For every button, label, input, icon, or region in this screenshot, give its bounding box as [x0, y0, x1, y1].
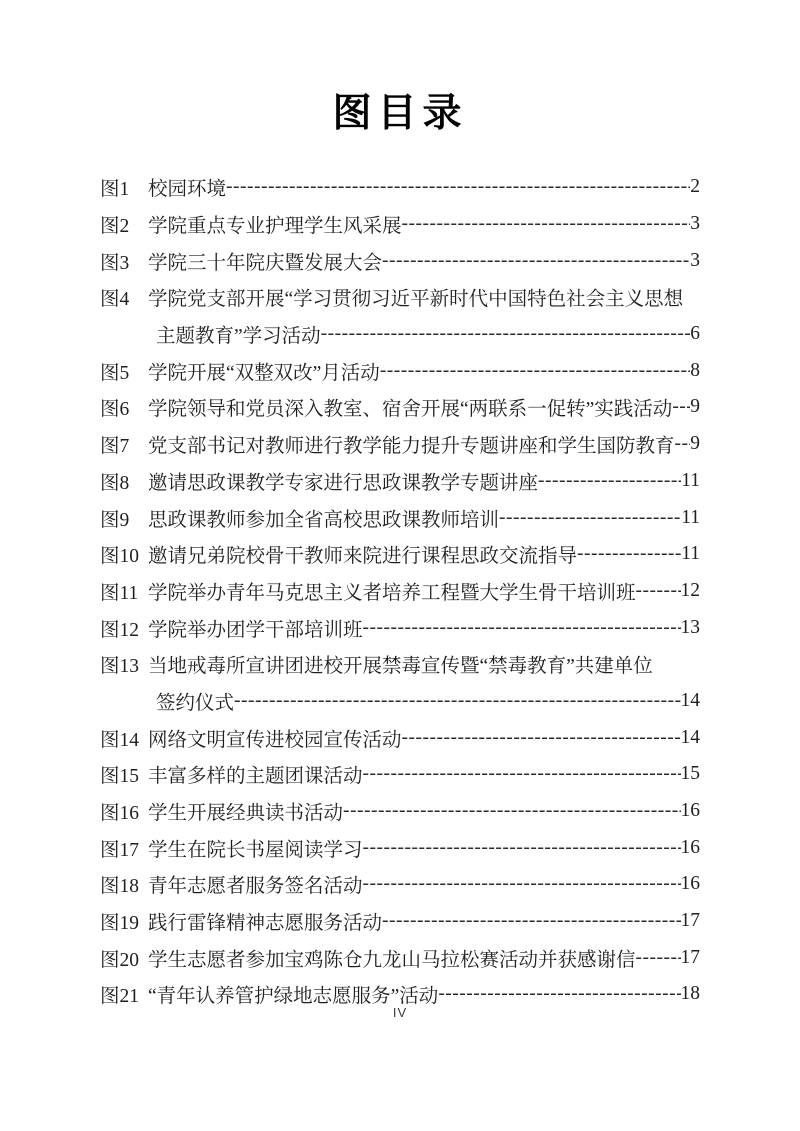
figure-title-text: 主题教育”学习活动: [156, 320, 321, 348]
page-number: 2: [690, 176, 700, 198]
toc-entry: 图9思政课教师参加全省高校思政课教师培训--------------------…: [100, 499, 700, 536]
toc-entry-line: 图3学院三十年院庆暨发展大会--------------------------…: [100, 242, 700, 279]
figure-number-label: 图20: [100, 944, 148, 972]
dash-leader: ----------------------------------------…: [438, 983, 680, 1005]
figure-number-label: 图8: [100, 467, 148, 495]
dash-leader: ----------------------------------------…: [380, 360, 690, 382]
toc-entry-line: 图13当地戒毒所宣讲团进校开展禁毒宣传暨“禁毒教育”共建单位: [100, 646, 700, 683]
page-number: 17: [681, 910, 701, 932]
page-number: 9: [690, 433, 700, 455]
figure-title-text: 学院党支部开展“学习贯彻习近平新时代中国特色社会主义思想: [148, 283, 683, 311]
figure-title-text: 学院领导和党员深入教室、宿舍开展“两联系一促转”实践活动: [148, 393, 672, 421]
toc-entry-line: 图8邀请思政课教学专家进行思政课教学专题讲座------------------…: [100, 463, 700, 500]
toc-entry-line: 图1校园环境----------------------------------…: [100, 169, 700, 206]
figure-title-text: 学院三十年院庆暨发展大会: [148, 247, 382, 275]
page-number: 15: [681, 763, 701, 785]
toc-entry: 图15丰富多样的主题团课活动--------------------------…: [100, 756, 700, 793]
figure-number-label: 图1: [100, 173, 148, 201]
figure-title-text: 践行雷锋精神志愿服务活动: [148, 907, 382, 935]
dash-leader: ----------------------------------------…: [577, 543, 681, 565]
figure-title-text: 学院重点专业护理学生风采展: [148, 210, 402, 238]
toc-entry-line: 图6学院领导和党员深入教室、宿舍开展“两联系一促转”实践活动----------…: [100, 389, 700, 426]
figure-title-text: 当地戒毒所宣讲团进校开展禁毒宣传暨“禁毒教育”共建单位: [148, 650, 653, 678]
page-number: 3: [690, 250, 700, 272]
page-number: 17: [681, 947, 701, 969]
dash-leader: ----------------------------------------…: [402, 213, 691, 235]
toc-entry-line: 图7党支部书记对教师进行教学能力提升专题讲座和学生国防教育-----------…: [100, 426, 700, 463]
toc-entry: 图1校园环境----------------------------------…: [100, 169, 700, 206]
toc-entry: 图2学院重点专业护理学生风采展-------------------------…: [100, 206, 700, 243]
dash-leader: ----------------------------------------…: [382, 910, 680, 932]
toc-entry: 图18青年志愿者服务签名活动--------------------------…: [100, 866, 700, 903]
footer-page-number: IV: [0, 1005, 800, 1020]
figure-number-label: 图15: [100, 760, 148, 788]
page-number: 11: [681, 470, 700, 492]
toc-entry: 图12学院举办团学干部培训班--------------------------…: [100, 609, 700, 646]
toc-entry-line: 图11学院举办青年马克思主义者培养工程暨大学生骨干培训班------------…: [100, 573, 700, 610]
figure-title-text: 学生在院长书屋阅读学习: [148, 834, 363, 862]
figure-title-text: 丰富多样的主题团课活动: [148, 760, 363, 788]
figure-title-text: 党支部书记对教师进行教学能力提升专题讲座和学生国防教育: [148, 430, 675, 458]
toc-entry: 图16学生开展经典读书活动---------------------------…: [100, 793, 700, 830]
page-number: 16: [681, 873, 701, 895]
figure-title-text: 校园环境: [148, 173, 226, 201]
toc-entry-line: 签约仪式------------------------------------…: [100, 683, 700, 720]
toc-entry: 图6学院领导和党员深入教室、宿舍开展“两联系一促转”实践活动----------…: [100, 389, 700, 426]
figure-number-label: 图3: [100, 247, 148, 275]
document-page: 图目录 图1校园环境------------------------------…: [0, 0, 800, 1131]
page-number: 9: [690, 396, 700, 418]
page-number: 14: [681, 727, 701, 749]
figure-number-label: 图7: [100, 430, 148, 458]
toc-entry: 图10邀请兄弟院校骨干教师来院进行课程思政交流指导---------------…: [100, 536, 700, 573]
toc-entry-line: 图19践行雷锋精神志愿服务活动-------------------------…: [100, 903, 700, 940]
toc-entry-line: 图10邀请兄弟院校骨干教师来院进行课程思政交流指导---------------…: [100, 536, 700, 573]
figure-title-text: 签约仪式: [156, 687, 234, 715]
toc-entry: 图13当地戒毒所宣讲团进校开展禁毒宣传暨“禁毒教育”共建单位签约仪式------…: [100, 646, 700, 719]
dash-leader: ----------------------------------------…: [226, 176, 690, 198]
toc-entry-line: 图18青年志愿者服务签名活动--------------------------…: [100, 866, 700, 903]
dash-leader: ----------------------------------------…: [636, 580, 681, 602]
toc-entry-line: 图14网络文明宣传进校园宣传活动------------------------…: [100, 719, 700, 756]
toc-entry: 图3学院三十年院庆暨发展大会--------------------------…: [100, 242, 700, 279]
figure-title-text: 学生志愿者参加宝鸡陈仓九龙山马拉松赛活动并获感谢信: [148, 944, 636, 972]
figure-number-label: 图9: [100, 504, 148, 532]
dash-leader: ----------------------------------------…: [382, 250, 690, 272]
figure-title-text: 青年志愿者服务签名活动: [148, 870, 363, 898]
toc-entry: 图19践行雷锋精神志愿服务活动-------------------------…: [100, 903, 700, 940]
toc-entry: 图4学院党支部开展“学习贯彻习近平新时代中国特色社会主义思想主题教育”学习活动-…: [100, 279, 700, 352]
figure-number-label: 图11: [100, 577, 148, 605]
dash-leader: ----------------------------------------…: [363, 763, 681, 785]
page-number: 6: [690, 323, 700, 345]
dash-leader: ----------------------------------------…: [499, 507, 681, 529]
dash-leader: ----------------------------------------…: [343, 800, 680, 822]
figure-title-text: 思政课教师参加全省高校思政课教师培训: [148, 504, 499, 532]
toc-entry: 图20学生志愿者参加宝鸡陈仓九龙山马拉松赛活动并获感谢信------------…: [100, 939, 700, 976]
page-number: 11: [681, 507, 700, 529]
figure-number-label: 图16: [100, 797, 148, 825]
figure-title-text: 邀请思政课教学专家进行思政课教学专题讲座: [148, 467, 538, 495]
figure-number-label: 图2: [100, 210, 148, 238]
toc-entry: 图5学院开展“双整双改”月活动-------------------------…: [100, 352, 700, 389]
figure-number-label: 图17: [100, 834, 148, 862]
page-number: 14: [681, 690, 701, 712]
figure-title-text: 网络文明宣传进校园宣传活动: [148, 724, 402, 752]
page-number: 18: [681, 983, 701, 1005]
figure-number-label: 图14: [100, 724, 148, 752]
figure-number-label: 图10: [100, 540, 148, 568]
dash-leader: ----------------------------------------…: [363, 617, 681, 639]
toc-entry-line: 图4学院党支部开展“学习贯彻习近平新时代中国特色社会主义思想: [100, 279, 700, 316]
figure-number-label: 图6: [100, 393, 148, 421]
figure-number-label: 图19: [100, 907, 148, 935]
dash-leader: ----------------------------------------…: [234, 690, 680, 712]
toc-entry: 图8邀请思政课教学专家进行思政课教学专题讲座------------------…: [100, 463, 700, 500]
figure-number-label: 图12: [100, 614, 148, 642]
dash-leader: ----------------------------------------…: [675, 433, 691, 455]
toc-entry-line: 图17学生在院长书屋阅读学习--------------------------…: [100, 829, 700, 866]
toc-entry: 图7党支部书记对教师进行教学能力提升专题讲座和学生国防教育-----------…: [100, 426, 700, 463]
dash-leader: ----------------------------------------…: [538, 470, 681, 492]
toc-entry-line: 图2学院重点专业护理学生风采展-------------------------…: [100, 206, 700, 243]
figure-title-text: 学生开展经典读书活动: [148, 797, 343, 825]
page-number: 3: [690, 213, 700, 235]
page-title: 图目录: [0, 82, 800, 138]
page-number: 11: [681, 543, 700, 565]
dash-leader: ----------------------------------------…: [363, 837, 681, 859]
dash-leader: ----------------------------------------…: [363, 873, 681, 895]
toc-entry-line: 主题教育”学习活动-------------------------------…: [100, 316, 700, 353]
toc-entry-line: 图20学生志愿者参加宝鸡陈仓九龙山马拉松赛活动并获感谢信------------…: [100, 939, 700, 976]
toc-entry-line: 图5学院开展“双整双改”月活动-------------------------…: [100, 352, 700, 389]
page-number: 12: [681, 580, 701, 602]
dash-leader: ----------------------------------------…: [672, 396, 690, 418]
toc-entry: 图14网络文明宣传进校园宣传活动------------------------…: [100, 719, 700, 756]
dash-leader: ----------------------------------------…: [321, 323, 691, 345]
figure-number-label: 图13: [100, 650, 148, 678]
toc-entry-line: 图16学生开展经典读书活动---------------------------…: [100, 793, 700, 830]
figure-toc-list: 图1校园环境----------------------------------…: [100, 169, 700, 1013]
toc-entry-line: 图15丰富多样的主题团课活动--------------------------…: [100, 756, 700, 793]
figure-number-label: 图18: [100, 870, 148, 898]
page-number: 13: [681, 617, 701, 639]
page-number: 16: [681, 837, 701, 859]
figure-title-text: 学院举办团学干部培训班: [148, 614, 363, 642]
dash-leader: ----------------------------------------…: [402, 727, 681, 749]
page-number: 16: [681, 800, 701, 822]
figure-title-text: 学院开展“双整双改”月活动: [148, 357, 380, 385]
dash-leader: ----------------------------------------…: [636, 947, 681, 969]
figure-title-text: 邀请兄弟院校骨干教师来院进行课程思政交流指导: [148, 540, 577, 568]
toc-entry-line: 图12学院举办团学干部培训班--------------------------…: [100, 609, 700, 646]
figure-number-label: 图4: [100, 283, 148, 311]
toc-entry-line: 图9思政课教师参加全省高校思政课教师培训--------------------…: [100, 499, 700, 536]
toc-entry: 图17学生在院长书屋阅读学习--------------------------…: [100, 829, 700, 866]
figure-number-label: 图5: [100, 357, 148, 385]
toc-entry: 图11学院举办青年马克思主义者培养工程暨大学生骨干培训班------------…: [100, 573, 700, 610]
figure-title-text: 学院举办青年马克思主义者培养工程暨大学生骨干培训班: [148, 577, 636, 605]
page-number: 8: [690, 360, 700, 382]
